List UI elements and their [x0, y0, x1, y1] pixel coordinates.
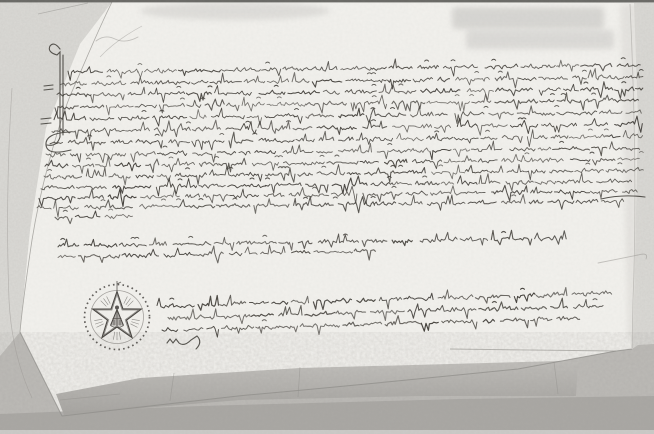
manuscript-photo-canvas: [0, 0, 654, 434]
noise-overlay: [0, 0, 654, 434]
manuscript-scan: [0, 0, 654, 434]
